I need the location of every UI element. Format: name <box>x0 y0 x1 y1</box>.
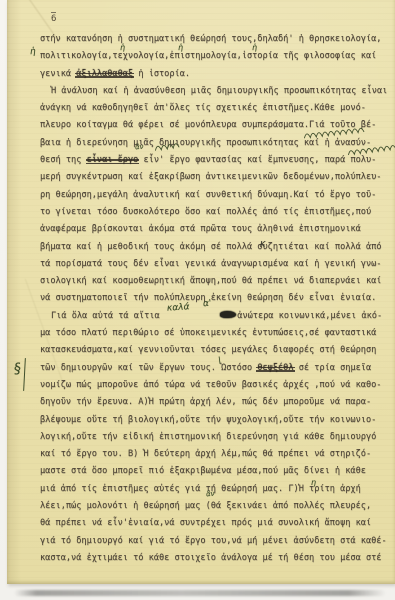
text-line: τῶν δημιουργῶν καί τῶν ἔργων τους. Ὡστόσ… <box>40 360 392 377</box>
text-line: κατασκευάσματα,καί γεννιοῦνται τόσες μεγ… <box>40 342 392 359</box>
text-line: λέει,πώς μολονότι ἡ θεώρησή μας (θά ξεκι… <box>40 498 392 515</box>
text-line: Γιά ὅλα αὐτά τά αἴτια ἀνώτερα κοινωνικά,… <box>40 308 392 325</box>
text-line: μιά ἀπό τίς ἐπιστῆμες αὐτές γιά τή θεώρη… <box>40 481 392 498</box>
text-line: στήν κατανόηση ἡ συστηματική θεώρησή του… <box>40 31 392 48</box>
text-line: πολιτικολογία,τεχνολογία,ἐπιστημολογία,ἱ… <box>40 48 392 65</box>
paper-sheet: 6 στήν κατανόηση ἡ συστηματική θεώρησή τ… <box>7 0 395 584</box>
text-line: ρη θεώρηση,μεγάλη ἀναλυτική καί συνθετικ… <box>40 187 392 204</box>
hand-eta-margin: ἡ <box>30 47 36 57</box>
text-line: Ἡ ἀνάλυση καί ἡ ἀνασύνθεση μιᾶς δημιουργ… <box>40 83 392 100</box>
struck-out-word: ἀξιλλαθαθαξ <box>76 69 133 79</box>
text-line: θά πρέπει νά εἶν'ἑνιαία,νά συντρέχει πρό… <box>40 515 392 532</box>
struck-out-word: θεψξέθλ <box>257 363 293 373</box>
text-line: τά πορίσματά τους δέν εἶναι γενικά ἀναγν… <box>40 256 392 273</box>
scan-streak <box>14 590 386 596</box>
text-line: γιά τό δημιουργό καί γιά τό ἔργο του,νά … <box>40 533 392 550</box>
text-line: βλέψουμε οὔτε τή βιολογική,οὔτε τήν ψυχο… <box>40 412 392 429</box>
struck-out-word: εἶναι ἔργο <box>87 155 139 165</box>
text-line: καί τό ἔργο του. Β) Ἡ δεύτερη ἀρχή λέμ,π… <box>40 446 392 463</box>
text-line: πλευρο κοίταγμα θά φέρει σέ μονόπλευρα σ… <box>40 117 392 134</box>
text-line: βαια ἡ διερεύνηση μιᾶς δημιουργικῆς προσ… <box>40 135 392 152</box>
text-line: δηγοῦν τήν ἔρευνα. Α)Ἡ πρώτη ἀρχή λέν, π… <box>40 394 392 411</box>
text-line: σιολογική καί κοσμοθεωρητική ἄποψη,πού θ… <box>40 273 392 290</box>
margin-vline <box>23 358 26 391</box>
text-line: μερή συγκέντρωση καί ἐξακρίβωση ἀντικειμ… <box>40 169 392 186</box>
typed-text-block: στήν κατανόηση ἡ συστηματική θεώρησή του… <box>40 31 392 567</box>
text-line: ἀναφέραμε βρίσκονται ἀκόμα στά πρῶτα του… <box>40 221 392 238</box>
text-line: βήματα καί ἡ μεθοδική τους ἀκόμη σέ πολλ… <box>40 239 392 256</box>
text-line: το γίνεται τόσο δυσκολότερο ὅσο καί πολλ… <box>40 204 392 221</box>
section-mark: § <box>13 361 22 378</box>
page-number: 6 <box>51 12 56 24</box>
text-line: γενικά ἀξιλλαθαθαξ ἡ ἱστορία. <box>40 66 392 83</box>
text-line: μαστε στά ὅσο μπορεῖ πιό ἐξακριβωμένα μέ… <box>40 463 392 480</box>
text-line: θεσή της εἶναι ἔργο εἶν' ἔργο φαντασίας … <box>40 152 392 169</box>
text-line: καστα,νά ἐχτιμάει τό κάθε στοιχεῖο ἀνάλο… <box>40 550 392 567</box>
text-line: λογική,οὔτε τήν εἰδική ἐπιστημονική διερ… <box>40 429 392 446</box>
text-line: μα τόσο πλατύ περιθώριο σέ ὑποκειμενικές… <box>40 325 392 342</box>
typed-gap <box>165 311 237 321</box>
text-line: νομίζω πώς μποροῦνε ἀπό τώρα νά τεθοῦν β… <box>40 377 392 394</box>
scanned-document-page: 6 στήν κατανόηση ἡ συστηματική θεώρησή τ… <box>0 0 395 600</box>
text-line: νά συστηματοποιεῖ τήν πολύπλευρη ἐκείνη … <box>40 290 392 307</box>
text-line: ἀνάγκη νά καθοδηγηθεῖ ἀπ'ὅλες τίς σχετικ… <box>40 100 392 117</box>
